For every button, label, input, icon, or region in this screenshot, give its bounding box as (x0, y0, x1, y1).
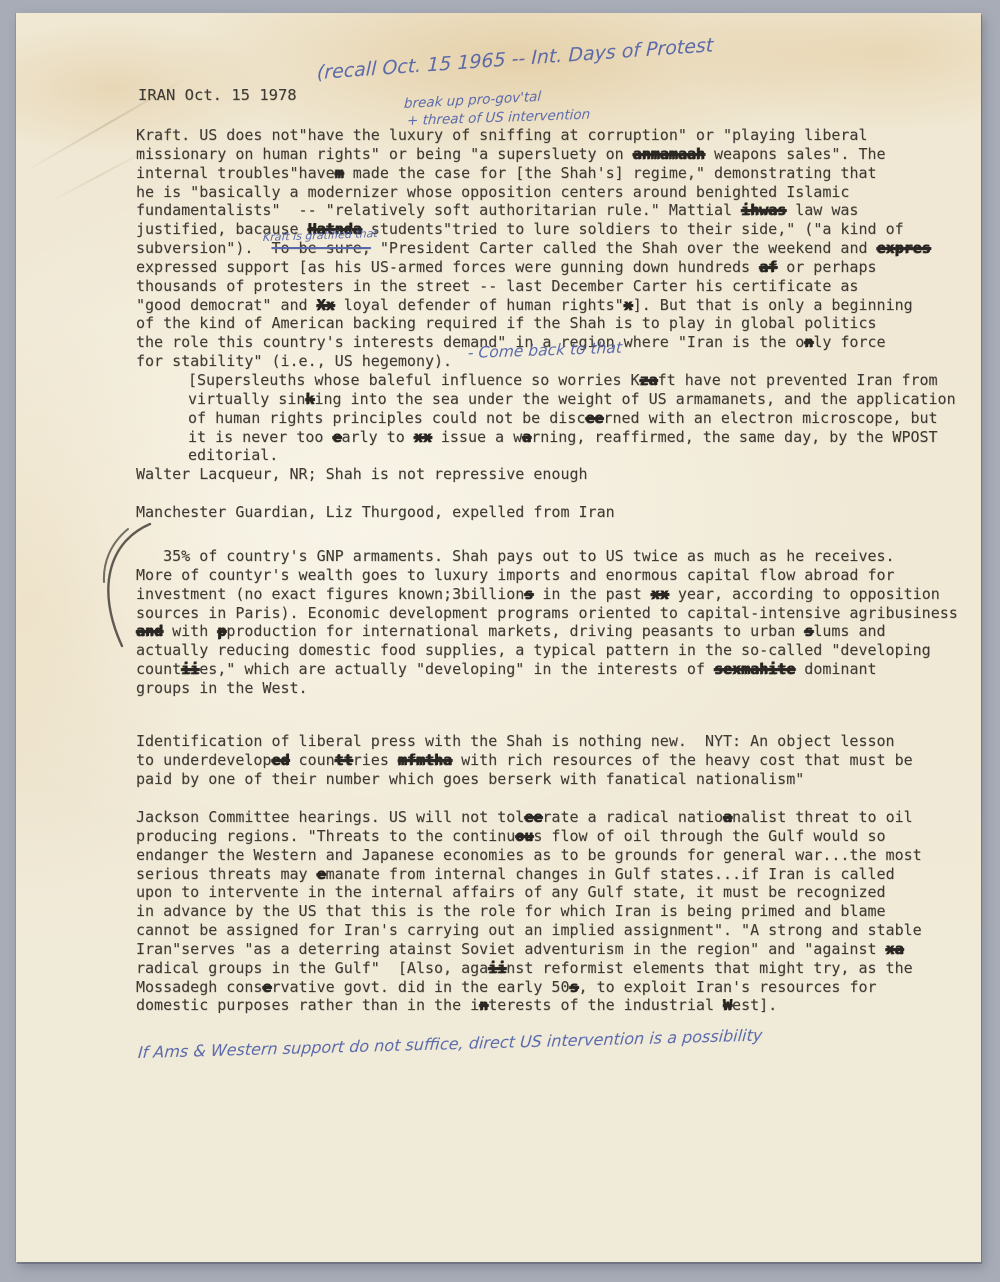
typed-line: countiies," which are actually "developi… (136, 660, 958, 679)
typed-line: he is "basically a modernizer whose oppo… (136, 183, 931, 202)
typed-line: justified, bacause Hatnda students"tried… (136, 220, 931, 239)
overstruck-text: e (333, 428, 342, 446)
typed-text: ing into the sea under the weight of US … (314, 390, 955, 408)
typed-text: sources in Paris). Economic development … (136, 604, 958, 622)
typed-text: to underdevelop (136, 751, 271, 769)
overstruck-text: a (522, 428, 531, 446)
typed-text: Jackson Committee hearings. US will not … (136, 808, 524, 826)
overstruck-text: x (624, 296, 633, 314)
typed-text: it is never too (188, 428, 333, 446)
typed-line: thousands of protesters in the street --… (136, 277, 931, 296)
typed-text: endanger the Western and Japanese econom… (136, 846, 922, 864)
typed-text: missionary on human rights" or being "a … (136, 145, 633, 163)
overstruck-text: s (569, 978, 578, 996)
typed-text: cannot be assigned for Iran's carrying o… (136, 921, 922, 939)
typed-line: sources in Paris). Economic development … (136, 604, 958, 623)
overstruck-text: n (479, 996, 488, 1014)
typed-line: upon to intervente in the internal affai… (136, 883, 922, 902)
handwritten-note-bottom: If Ams & Western support do not suffice,… (137, 1026, 763, 1062)
overstruck-text: n (804, 333, 813, 351)
typed-text: production for international markets, dr… (226, 622, 804, 640)
typed-text: year, according to opposition (669, 585, 940, 603)
scanned-document-screenshot: { "document": { "title": "IRAN Oct. 15 1… (0, 0, 1000, 1282)
typed-text: arly to (342, 428, 414, 446)
typed-text: issue a w (432, 428, 522, 446)
typed-text: nst reformist elements that might try, a… (506, 959, 912, 977)
typed-line: More of countyr's wealth goes to luxury … (136, 566, 958, 585)
typed-line: virtually sinking into the sea under the… (188, 390, 956, 409)
typed-text: count (136, 660, 181, 678)
overstruck-text: Xx (317, 296, 335, 314)
typed-text: [Supersleuths whose baleful influence so… (188, 371, 640, 389)
overstruck-text: xx (651, 585, 669, 603)
typed-line: missionary on human rights" or being "a … (136, 145, 931, 164)
overstruck-text: expres (877, 239, 931, 257)
typed-line: in advance by the US that this is the ro… (136, 902, 922, 921)
typed-text: coun (290, 751, 335, 769)
typed-text: thousands of protesters in the street --… (136, 277, 858, 295)
overstruck-text: mfmtha (398, 751, 452, 769)
typed-text: groups in the West. (136, 679, 308, 697)
typed-line: Iran"serves "as a deterring atainst Sovi… (136, 940, 922, 959)
typed-text: he is "basically a modernizer whose oppo… (136, 183, 849, 201)
typed-line: of the kind of American backing required… (136, 314, 931, 333)
typed-text: fundamentalists" -- "relatively soft aut… (136, 201, 741, 219)
typed-text: terests of the industrial (488, 996, 723, 1014)
typed-line: 35% of country's GNP armaments. Shah pay… (136, 547, 958, 566)
typed-block-gnp: 35% of country's GNP armaments. Shah pay… (136, 547, 958, 698)
overstruck-text: ii (181, 660, 199, 678)
typed-line: [Supersleuths whose baleful influence so… (188, 371, 956, 390)
typed-text: lums and (813, 622, 885, 640)
typed-text: producing regions. "Threats to the conti… (136, 827, 515, 845)
typed-text: rvative govt. did in the early 50 (271, 978, 569, 996)
typed-line: subversion"). To be sure, "President Car… (136, 239, 931, 258)
typed-text: law was (786, 201, 858, 219)
typed-line: and with pproduction for international m… (136, 622, 958, 641)
typed-text: rned with an electron microscope, but (603, 409, 937, 427)
typed-text: serious threats may (136, 865, 317, 883)
typed-text: expressed support [as his US-armed force… (136, 258, 759, 276)
typed-text: "President Carter called the Shah over t… (371, 239, 877, 257)
typed-line: serious threats may emanate from interna… (136, 865, 922, 884)
typed-line: domestic purposes rather than in the int… (136, 996, 922, 1015)
typed-line: producing regions. "Threats to the conti… (136, 827, 922, 846)
overstruck-text: a (723, 808, 732, 826)
typed-text: s flow of oil through the Gulf would so (533, 827, 885, 845)
overstruck-text: ii (488, 959, 506, 977)
typed-text: or perhaps (777, 258, 876, 276)
typed-text: made the case for [the Shah's] regime," … (344, 164, 877, 182)
overstruck-text: W (723, 996, 732, 1014)
typed-text: upon to intervente in the internal affai… (136, 883, 886, 901)
typed-block-p1: Kraft. US does not"have the luxury of sn… (136, 126, 931, 371)
typed-text: Iran"serves "as a deterring atainst Sovi… (136, 940, 886, 958)
typed-line: fundamentalists" -- "relatively soft aut… (136, 201, 931, 220)
overstruck-text: xx (414, 428, 432, 446)
overstruck-text: anmamaah (633, 145, 705, 163)
typed-line: Manchester Guardian, Liz Thurgood, expel… (136, 503, 615, 522)
typed-line: Kraft. US does not"have the luxury of sn… (136, 126, 931, 145)
typed-text: rning, reaffirmed, the same day, by the … (531, 428, 937, 446)
typed-text: Kraft. US does not"have the luxury of sn… (136, 126, 868, 144)
overstruck-text: sexmahite (714, 660, 795, 678)
typed-line: groups in the West. (136, 679, 958, 698)
typed-line: of human rights principles could not be … (188, 409, 956, 428)
typed-text: weapons sales". The (705, 145, 886, 163)
typed-text: ]. But that is only a beginning (633, 296, 913, 314)
overstruck-text: p (217, 622, 226, 640)
typed-text: ries (353, 751, 398, 769)
typed-text: rate a radical natio (542, 808, 723, 826)
typed-text: Manchester Guardian, Liz Thurgood, expel… (136, 503, 615, 521)
typed-text: in the past (533, 585, 650, 603)
scanned-page: IRAN Oct. 15 1978 Kraft. US does not"hav… (16, 13, 981, 1262)
document-title: IRAN Oct. 15 1978 (138, 86, 297, 104)
typed-text: radical groups in the Gulf" [Also, aga (136, 959, 488, 977)
typed-text: with rich resources of the heavy cost th… (452, 751, 913, 769)
typed-text: loyal defender of human rights" (335, 296, 624, 314)
typed-text: of the kind of American backing required… (136, 314, 877, 332)
typed-line: investment (no exact figures known;3bill… (136, 585, 958, 604)
typed-text: dominant (795, 660, 876, 678)
overstruck-text: ed (271, 751, 289, 769)
typed-text: 35% of country's GNP armaments. Shah pay… (136, 547, 895, 565)
typed-text: Identification of liberal press with the… (136, 732, 895, 750)
typed-block-guardian: Manchester Guardian, Liz Thurgood, expel… (136, 503, 615, 522)
typed-text: of human rights principles could not be … (188, 409, 585, 427)
typed-line: "good democrat" and Xx loyal defender of… (136, 296, 931, 315)
typed-line: Walter Lacqueur, NR; Shah is not repress… (136, 465, 588, 484)
typed-line: Mossadegh conservative govt. did in the … (136, 978, 922, 997)
typed-line: cannot be assigned for Iran's carrying o… (136, 921, 922, 940)
typed-text: , to exploit Iran's resources for (579, 978, 877, 996)
typed-line: actually reducing domestic food supplies… (136, 641, 958, 660)
overstruck-text: ee (524, 808, 542, 826)
overstruck-text: m (335, 164, 344, 182)
typed-line: to underdeveloped counttries mfmtha with… (136, 751, 913, 770)
typed-text: with (163, 622, 217, 640)
overstruck-text: tt (335, 751, 353, 769)
typed-text: actually reducing domestic food supplies… (136, 641, 931, 659)
typed-block-lacqueur: Walter Lacqueur, NR; Shah is not repress… (136, 465, 588, 484)
overstruck-text: af (759, 258, 777, 276)
typed-text: subversion"). (136, 239, 271, 257)
overstruck-text: s (524, 585, 533, 603)
overstruck-text: ihwas (741, 201, 786, 219)
overstruck-text: e (317, 865, 326, 883)
typed-line: Jackson Committee hearings. US will not … (136, 808, 922, 827)
typed-text: est]. (732, 996, 777, 1014)
typed-text: es," which are actually "developing" in … (199, 660, 714, 678)
typed-text: in advance by the US that this is the ro… (136, 902, 886, 920)
typed-block-identification: Identification of liberal press with the… (136, 732, 913, 789)
typed-line: Identification of liberal press with the… (136, 732, 913, 751)
handwritten-paren-mark (92, 516, 166, 654)
typed-line: endanger the Western and Japanese econom… (136, 846, 922, 865)
typed-text: Walter Lacqueur, NR; Shah is not repress… (136, 465, 588, 483)
typed-text: internal troubles"have (136, 164, 335, 182)
overstruck-text: ee (585, 409, 603, 427)
typed-text: More of countyr's wealth goes to luxury … (136, 566, 895, 584)
overstruck-text: ou (515, 827, 533, 845)
typed-line: editorial. (188, 446, 956, 465)
typed-line: radical groups in the Gulf" [Also, agaii… (136, 959, 922, 978)
handwritten-note-recall: (recall Oct. 15 1965 -- Int. Days of Pro… (317, 34, 714, 84)
typed-line: paid by one of their number which goes b… (136, 770, 913, 789)
typed-block-excerpt: [Supersleuths whose baleful influence so… (188, 371, 956, 465)
overstruck-text: xa (886, 940, 904, 958)
typed-text: for stability" (i.e., US hegemony). (136, 352, 452, 370)
typed-text: nalist threat to oil (732, 808, 913, 826)
typed-text: investment (no exact figures known;3bill… (136, 585, 524, 603)
typed-line: expressed support [as his US-armed force… (136, 258, 931, 277)
typed-block-jackson: Jackson Committee hearings. US will not … (136, 808, 922, 1015)
typed-text: Mossadegh cons (136, 978, 262, 996)
typed-line: it is never too early to xx issue a warn… (188, 428, 956, 447)
overstruck-text: za (640, 371, 658, 389)
typed-line: internal troubles"havem made the case fo… (136, 164, 931, 183)
overstruck-text: s (804, 622, 813, 640)
typed-text: ft have not prevented Iran from (658, 371, 938, 389)
typed-text: ly force (813, 333, 885, 351)
typed-text: manate from internal changes in Gulf sta… (326, 865, 895, 883)
typed-text: editorial. (188, 446, 278, 464)
typed-text: virtually sin (188, 390, 305, 408)
typed-text: "good democrat" and (136, 296, 317, 314)
typed-text: domestic purposes rather than in the i (136, 996, 479, 1014)
typed-text: students"tried to lure soldiers to their… (362, 220, 904, 238)
typed-text: paid by one of their number which goes b… (136, 770, 804, 788)
